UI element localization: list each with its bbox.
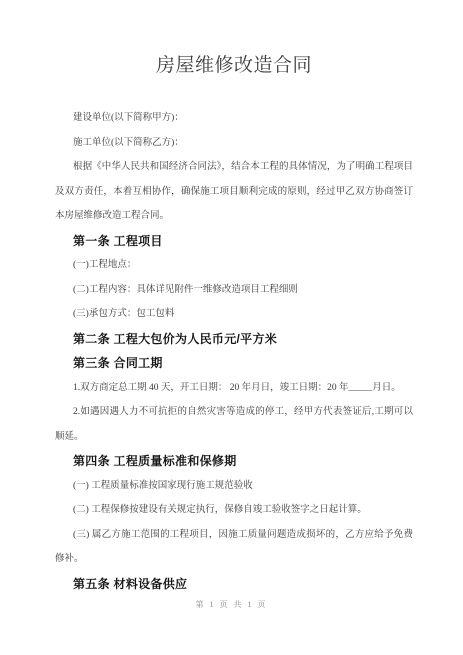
clause-3-item-2: 2.如遇因遇人力不可抗拒的自然灾害等造成的停工，经甲方代表签证后,工期可以顺延。 bbox=[55, 400, 413, 449]
document-page: 房屋维修改造合同 建设单位(以下简称甲方)： 施工单位(以下简称乙方)： 根据《… bbox=[0, 0, 463, 655]
clause-4-item-1: (一) 工程质量标准按国家现行施工规范验收 bbox=[55, 474, 413, 499]
party-b-line: 施工单位(以下简称乙方)： bbox=[55, 131, 413, 156]
page-title: 房屋维修改造合同 bbox=[55, 51, 413, 81]
clause-5-heading: 第五条 材料设备供应 bbox=[55, 572, 413, 597]
document-content: 房屋维修改造合同 建设单位(以下简称甲方)： 施工单位(以下简称乙方)： 根据《… bbox=[0, 0, 463, 596]
party-a-line: 建设单位(以下简称甲方)： bbox=[55, 106, 413, 131]
clause-1-item-3: (三)承包方式：包工包料 bbox=[55, 302, 413, 327]
clause-3-heading: 第三条 合同工期 bbox=[55, 351, 413, 376]
preamble-paragraph: 根据《中华人民共和国经济合同法》，结合本工程的具体情况，为了明确工程项目及双方责… bbox=[55, 155, 413, 229]
clause-2-heading: 第二条 工程大包价为人民币元/平方米 bbox=[55, 327, 413, 352]
clause-4-item-2: (二) 工程保修按建设有关规定执行，保修自竣工验收签字之日起计算。 bbox=[55, 498, 413, 523]
clause-3-item-1: 1.双方商定总工期 40 天，开工日期： 20 年月日，竣工日期：20 年___… bbox=[55, 376, 413, 401]
clause-4-item-3: (三) 属乙方施工范围的工程项目，因施工质量问题造成损坏的，乙方应给予免费修补。 bbox=[55, 523, 413, 572]
clause-4-heading: 第四条 工程质量标准和保修期 bbox=[55, 449, 413, 474]
page-number-footer: 第 1 页 共 1 页 bbox=[0, 599, 463, 610]
clause-1-item-1: (一)工程地点： bbox=[55, 253, 413, 278]
clause-1-item-2: (二)工程内容：具体详见附件一维修改造项目工程细则 bbox=[55, 278, 413, 303]
clause-1-heading: 第一条 工程项目 bbox=[55, 229, 413, 254]
